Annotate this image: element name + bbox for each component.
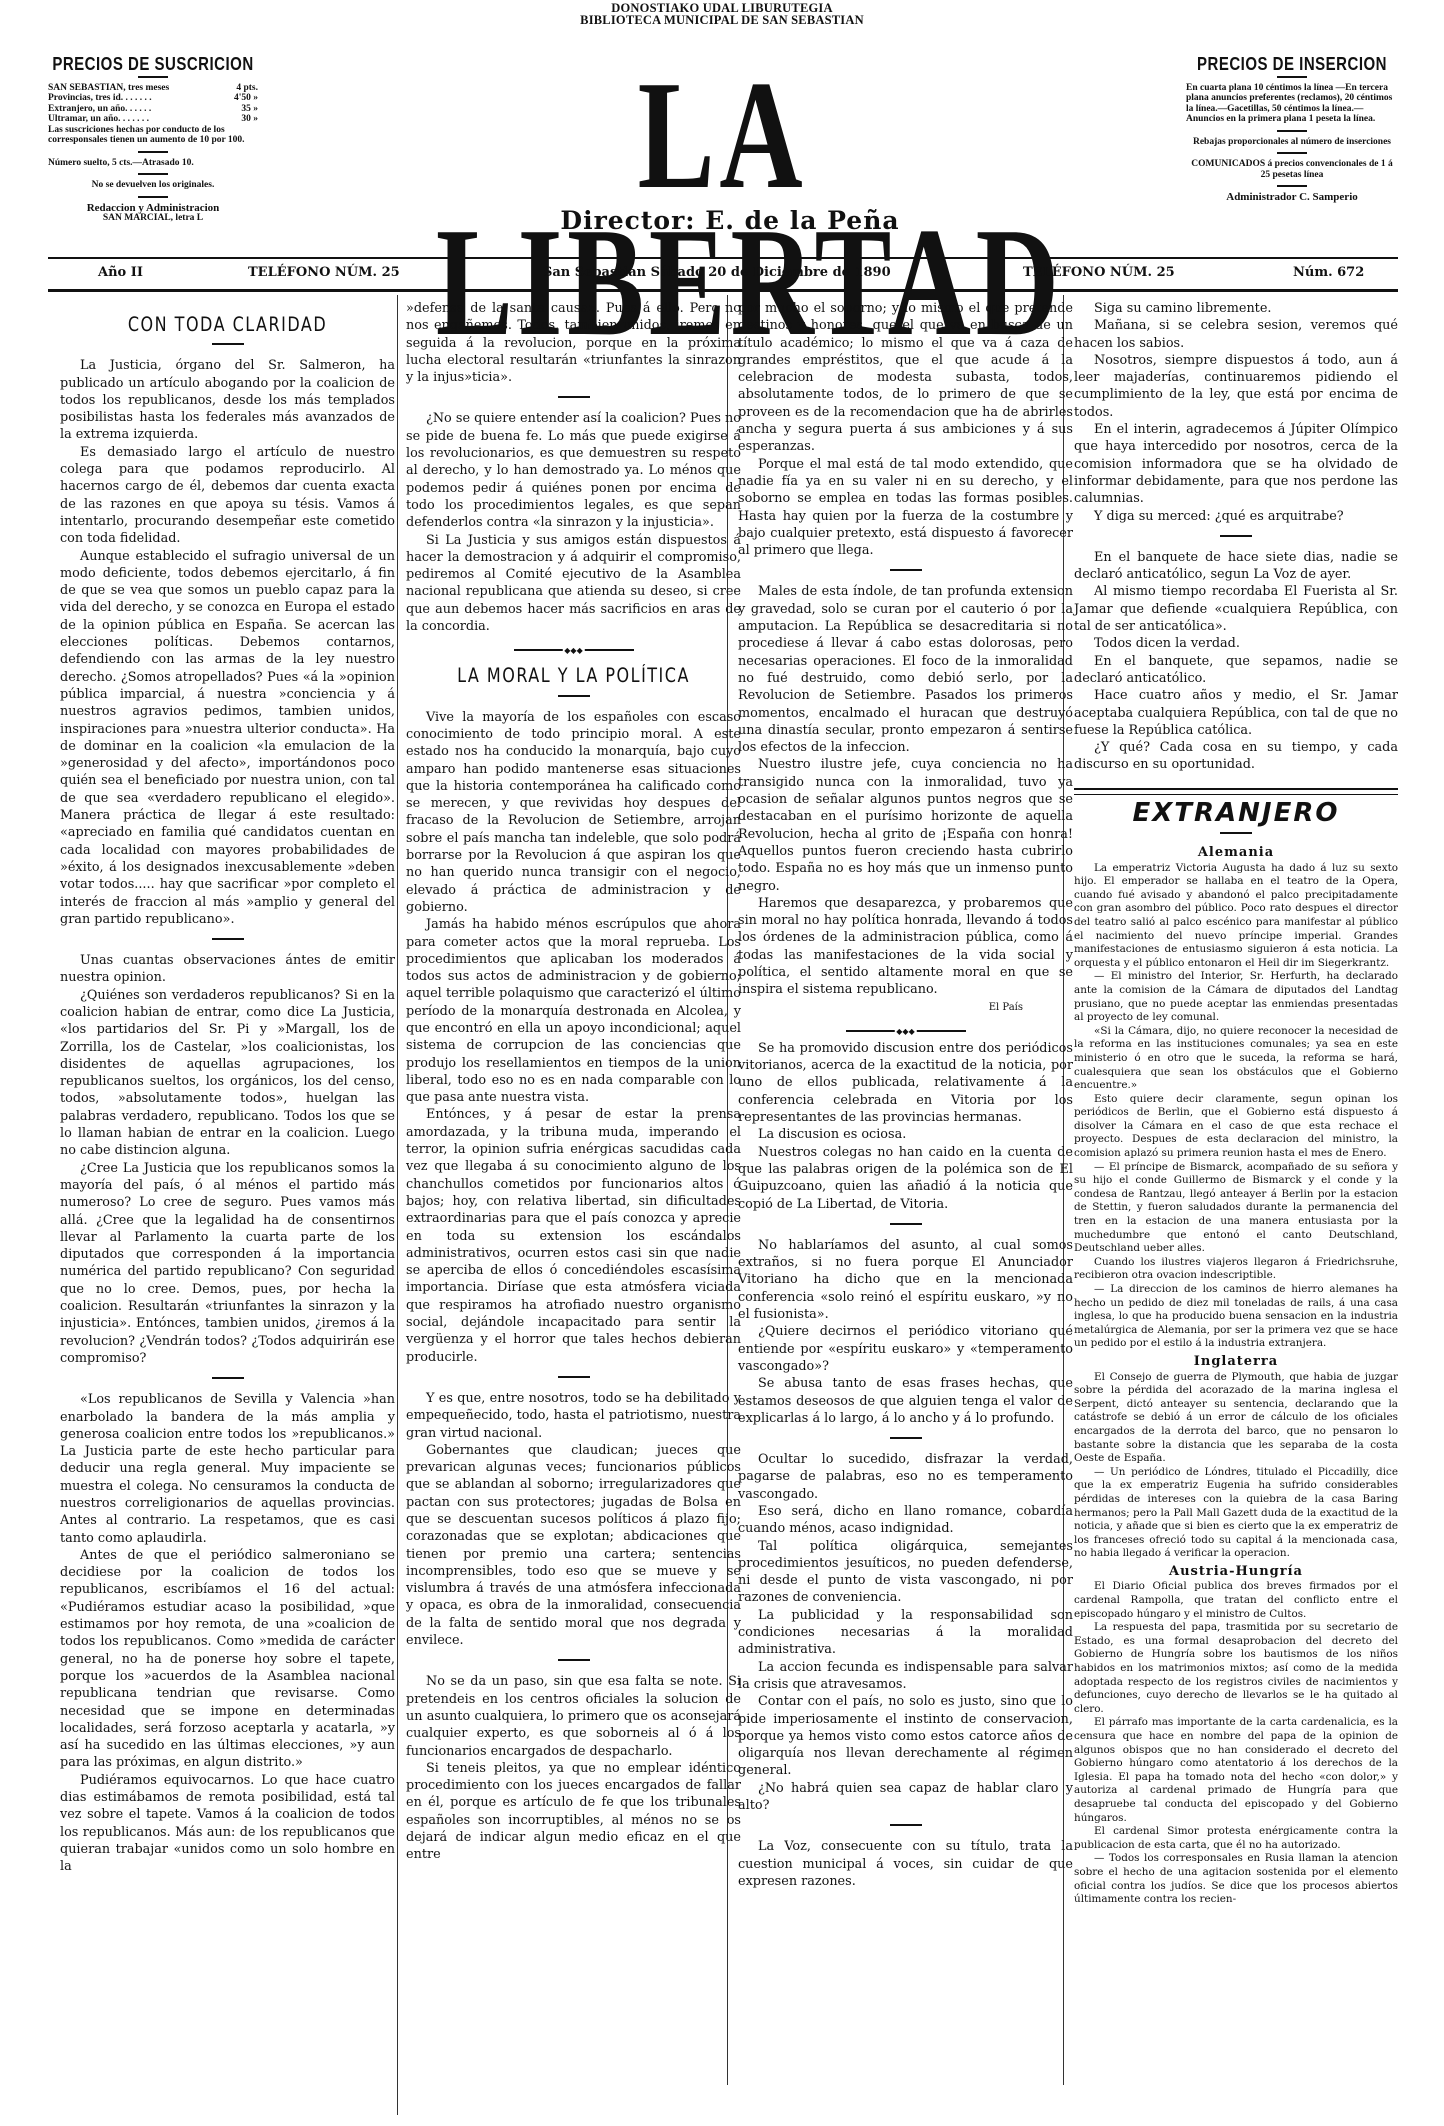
subscription-title: PRECIOS DE SUSCRICION bbox=[48, 59, 258, 72]
insertion-discounts: Rebajas proporcionales al número de inse… bbox=[1186, 137, 1398, 148]
paragraph: por mucho el soborno; y lo mismo el que … bbox=[738, 300, 1073, 456]
ornament-divider bbox=[138, 151, 168, 153]
paragraph: Mañana, si se celebra sesion, veremos qu… bbox=[1074, 317, 1398, 352]
paragraph: El cardenal Simor protesta enérgicamente… bbox=[1074, 1825, 1398, 1852]
ornament-divider bbox=[1277, 130, 1307, 132]
paragraph: Gobernantes que claudican; jueces que pr… bbox=[406, 1442, 741, 1650]
paragraph: Cuando los ilustres viajeros llegaron á … bbox=[1074, 1256, 1398, 1283]
ornament-divider bbox=[138, 173, 168, 175]
paragraph: Antes de que el periódico salmeroniano s… bbox=[60, 1547, 395, 1772]
heading-austria-hungria: Austria-Hungría bbox=[1074, 1565, 1398, 1579]
paragraph: «Si la Cámara, dijo, no quiere reconocer… bbox=[1074, 1025, 1398, 1093]
paragraph: Contar con el país, no solo es justo, si… bbox=[738, 1693, 1073, 1779]
ornament-divider bbox=[1277, 152, 1307, 154]
paragraph: ¿No habrá quien sea capaz de hablar clar… bbox=[738, 1780, 1073, 1815]
subscription-box: PRECIOS DE SUSCRICION SAN SEBASTIAN, tre… bbox=[48, 60, 258, 224]
originals-note: No se devuelven los originales. bbox=[48, 180, 258, 191]
paragraph: Males de esta índole, de tan profunda ex… bbox=[738, 583, 1073, 756]
paragraph: Nuestro ilustre jefe, cuya conciencia no… bbox=[738, 756, 1073, 894]
info-bar: Año II TELÉFONO NÚM. 25 San Sebastian Sá… bbox=[48, 263, 1398, 285]
price-row: Extranjero, un año. . . . . .35 » bbox=[48, 104, 258, 115]
dateline: San Sebastian Sábado 20 de Diciembre de … bbox=[543, 265, 891, 280]
section-title-extranjero: EXTRANJERO bbox=[1074, 805, 1398, 822]
paragraph: »defensa de la santa causa». Pues á ello… bbox=[406, 300, 741, 386]
paragraph: La Justicia, órgano del Sr. Salmeron, ha… bbox=[60, 357, 395, 443]
paragraph: La emperatriz Victoria Augusta ha dado á… bbox=[1074, 862, 1398, 971]
paragraph: Entónces, y á pesar de estar la prensa a… bbox=[406, 1106, 741, 1365]
paragraph: «Los republicanos de Sevilla y Valencia … bbox=[60, 1391, 395, 1547]
paragraph: Siga su camino libremente. bbox=[1074, 300, 1398, 317]
short-divider bbox=[212, 343, 244, 345]
paragraph: La publicidad y la responsabilidad son c… bbox=[738, 1607, 1073, 1659]
paragraph: Es demasiado largo el artículo de nuestr… bbox=[60, 444, 395, 548]
column-1: CON TODA CLARIDAD La Justicia, órgano de… bbox=[60, 300, 395, 1876]
column-2: »defensa de la santa causa». Pues á ello… bbox=[406, 300, 741, 1864]
price-row: SAN SEBASTIAN, tres meses4 pts. bbox=[48, 83, 258, 94]
short-divider bbox=[558, 695, 590, 697]
paragraph: Y es que, entre nosotros, todo se ha deb… bbox=[406, 1390, 741, 1442]
paragraph: — El ministro del Interior, Sr. Herfurth… bbox=[1074, 970, 1398, 1024]
paragraph: No hablaríamos del asunto, al cual somos… bbox=[738, 1237, 1073, 1323]
source-signature: El País bbox=[738, 999, 1073, 1016]
short-divider bbox=[212, 1377, 244, 1379]
short-divider bbox=[558, 1376, 590, 1378]
short-divider bbox=[1220, 535, 1252, 537]
header-rule-top bbox=[48, 257, 1398, 259]
issue-number: Núm. 672 bbox=[1293, 265, 1364, 280]
paragraph: — La direccion de los caminos de hierro … bbox=[1074, 1283, 1398, 1351]
paragraph: ¿Y qué? Cada cosa en su tiempo, y cada d… bbox=[1074, 739, 1398, 774]
short-divider bbox=[890, 1824, 922, 1826]
paragraph: Esto quiere decir claramente, segun opin… bbox=[1074, 1093, 1398, 1161]
paragraph: ¿Quiere decirnos el periódico vitoriano … bbox=[738, 1323, 1073, 1375]
subscription-note: Las suscriciones hechas por conducto de … bbox=[48, 125, 258, 146]
office-address: SAN MARCIAL, letra L bbox=[48, 213, 258, 224]
short-divider bbox=[558, 396, 590, 398]
insertion-title: PRECIOS DE INSERCION bbox=[1186, 59, 1398, 72]
paragraph: Jamás ha habido ménos escrúpulos que aho… bbox=[406, 916, 741, 1106]
paragraph: Ocultar lo sucedido, disfrazar la verdad… bbox=[738, 1451, 1073, 1503]
short-divider bbox=[890, 1437, 922, 1439]
director-line: Director: E. de la Peña bbox=[500, 206, 960, 235]
paragraph: En el interin, agradecemos á Júpiter Olí… bbox=[1074, 421, 1398, 507]
paragraph: No se da un paso, sin que esa falta se n… bbox=[406, 1673, 741, 1759]
paragraph: El Diario Oficial publica dos breves fir… bbox=[1074, 1580, 1398, 1621]
ornament-divider bbox=[846, 1030, 966, 1032]
article-title-claridad: CON TODA CLARIDAD bbox=[60, 314, 395, 335]
paragraph: La accion fecunda es indispensable para … bbox=[738, 1659, 1073, 1694]
paragraph: Nosotros, siempre dispuestos á todo, aun… bbox=[1074, 352, 1398, 421]
paragraph: Nuestros colegas no han caido en la cuen… bbox=[738, 1144, 1073, 1213]
paragraph: — Todos los corresponsales en Rusia llam… bbox=[1074, 1852, 1398, 1906]
paragraph: — El príncipe de Bismarck, acompañado de… bbox=[1074, 1161, 1398, 1256]
office-title: Redaccion y Administracion bbox=[48, 203, 258, 214]
paragraph: Porque el mal está de tal modo extendido… bbox=[738, 456, 1073, 560]
short-divider bbox=[1220, 832, 1252, 834]
foreign-news: Alemania La emperatriz Victoria Augusta … bbox=[1074, 846, 1398, 1907]
single-issue-price: Número suelto, 5 cts.—Atrasado 10. bbox=[48, 158, 258, 169]
insertion-box: PRECIOS DE INSERCION En cuarta plana 10 … bbox=[1186, 60, 1398, 203]
paragraph: Unas cuantas observaciones ántes de emit… bbox=[60, 952, 395, 987]
column-3: por mucho el soborno; y lo mismo el que … bbox=[738, 300, 1073, 1890]
column-rule bbox=[397, 295, 398, 2115]
paragraph: Eso será, dicho en llano romance, cobard… bbox=[738, 1503, 1073, 1538]
archive-stamp: DONOSTIAKO UDAL LIBURUTEGIA BIBLIOTECA M… bbox=[0, 2, 1444, 26]
heading-alemania: Alemania bbox=[1074, 846, 1398, 860]
paragraph: Haremos que desaparezca, y probaremos qu… bbox=[738, 895, 1073, 999]
paragraph: Vive la mayoría de los españoles con esc… bbox=[406, 709, 741, 917]
phone-left: TELÉFONO NÚM. 25 bbox=[248, 265, 400, 280]
paragraph: El Consejo de guerra de Plymouth, que ha… bbox=[1074, 1371, 1398, 1466]
paragraph: La Voz, consecuente con su título, trata… bbox=[738, 1838, 1073, 1890]
insertion-rates: En cuarta plana 10 céntimos la línea —En… bbox=[1186, 83, 1398, 125]
short-divider bbox=[558, 1659, 590, 1661]
paragraph: Se ha promovido discusion entre dos peri… bbox=[738, 1040, 1073, 1126]
paragraph: El párrafo mas importante de la carta ca… bbox=[1074, 1716, 1398, 1825]
paragraph: Si La Justicia y sus amigos están dispue… bbox=[406, 532, 741, 636]
paragraph: La discusion es ociosa. bbox=[738, 1126, 1073, 1143]
archive-line-2: BIBLIOTECA MUNICIPAL DE SAN SEBASTIAN bbox=[0, 14, 1444, 26]
paragraph: Al mismo tiempo recordaba El Fuerista al… bbox=[1074, 583, 1398, 635]
paragraph: Si teneis pleitos, ya que no emplear idé… bbox=[406, 1760, 741, 1864]
ornament-divider bbox=[138, 76, 168, 78]
ornament-divider bbox=[1277, 185, 1307, 187]
price-row: Ultramar, un año. . . . . . .30 » bbox=[48, 114, 258, 125]
paragraph: La respuesta del papa, trasmitida por su… bbox=[1074, 1621, 1398, 1716]
administrator: Administrador C. Samperio bbox=[1186, 192, 1398, 203]
paragraph: Pudiéramos equivocarnos. Lo que hace cua… bbox=[60, 1772, 395, 1876]
paragraph: En el banquete, que sepamos, nadie se de… bbox=[1074, 653, 1398, 688]
article-title-moral: LA MORAL Y LA POLÍTICA bbox=[406, 666, 741, 687]
ornament-divider bbox=[1277, 76, 1307, 78]
short-divider bbox=[890, 569, 922, 571]
communicated-rates: COMUNICADOS á precios convencionales de … bbox=[1186, 159, 1398, 180]
paragraph: ¿No se quiere entender así la coalicion?… bbox=[406, 410, 741, 531]
price-row: Provincias, tres id. . . . . . .4'50 » bbox=[48, 93, 258, 104]
column-4: Siga su camino libremente. Mañana, si se… bbox=[1074, 300, 1398, 1907]
short-divider bbox=[212, 938, 244, 940]
paragraph: Y diga su merced: ¿qué es arquitrabe? bbox=[1074, 508, 1398, 525]
ornament-divider bbox=[138, 196, 168, 198]
section-double-rule bbox=[1074, 788, 1398, 795]
paragraph: Todos dicen la verdad. bbox=[1074, 635, 1398, 652]
paragraph: — Un periódico de Lóndres, titulado el P… bbox=[1074, 1466, 1398, 1561]
paragraph: En el banquete de hace siete dias, nadie… bbox=[1074, 549, 1398, 584]
paragraph: Aunque establecido el sufragio universal… bbox=[60, 548, 395, 929]
ornament-divider bbox=[514, 649, 634, 651]
paragraph: Tal política oligárquica, semejantes pro… bbox=[738, 1538, 1073, 1607]
paragraph: ¿Quiénes son verdaderos republicanos? Si… bbox=[60, 987, 395, 1160]
heading-inglaterra: Inglaterra bbox=[1074, 1355, 1398, 1369]
phone-right: TELÉFONO NÚM. 25 bbox=[1023, 265, 1175, 280]
paragraph: ¿Cree La Justicia que los republicanos s… bbox=[60, 1160, 395, 1368]
paragraph: Hace cuatro años y medio, el Sr. Jamar a… bbox=[1074, 687, 1398, 739]
header-rule-bottom bbox=[48, 289, 1398, 292]
year-label: Año II bbox=[98, 265, 143, 280]
short-divider bbox=[890, 1223, 922, 1225]
paragraph: Se abusa tanto de esas frases hechas, qu… bbox=[738, 1375, 1073, 1427]
